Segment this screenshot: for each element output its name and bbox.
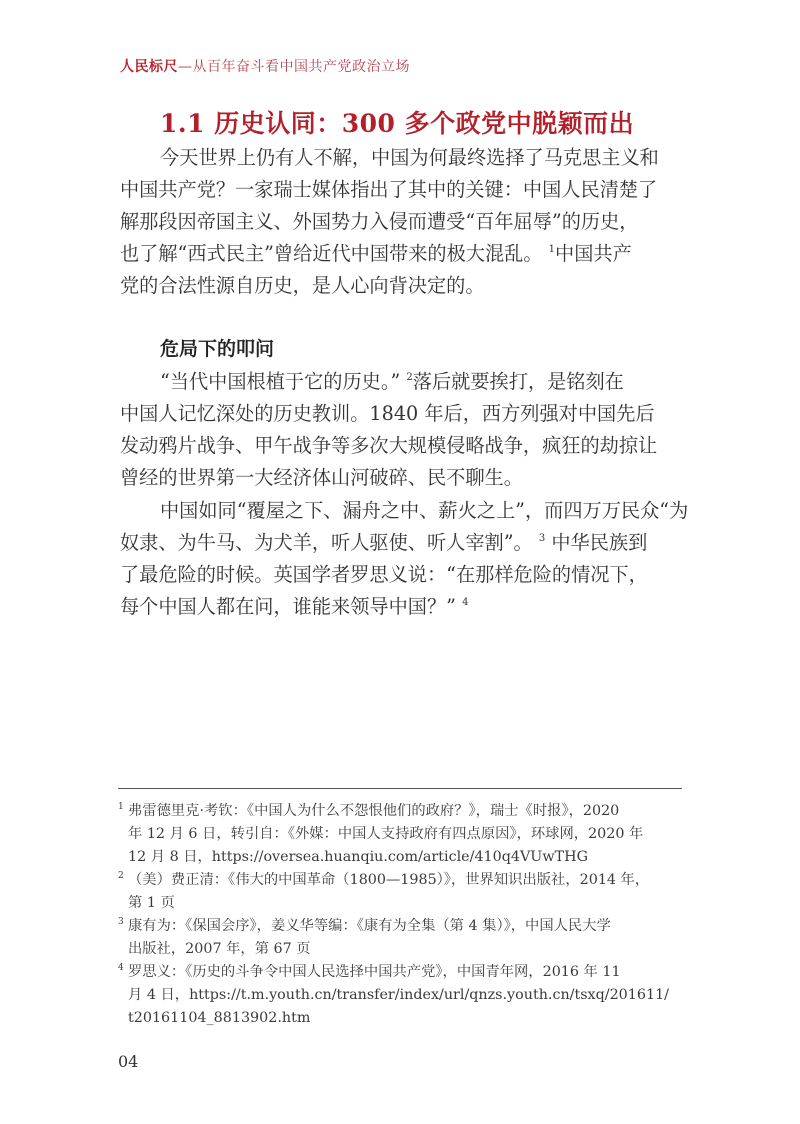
text-line: 今天世界上仍有人不解，中国为何最终选择了马克思主义和 [120, 142, 680, 174]
text-line: 发动鸦片战争、甲午战争等多次大规模侵略战争，疯狂的劫掠让 [120, 430, 680, 462]
text-line: 奴隶、为牛马、为犬羊，听人驱使、听人宰割”。 3 中华民族到 [120, 527, 680, 559]
book-subtitle: 从百年奋斗看中国共产党政治立场 [193, 59, 411, 75]
footnote-number: 4 [118, 957, 124, 980]
footnote-link[interactable]: 12 月 8 日，https://oversea.huanqiu.com/art… [128, 846, 688, 869]
footnotes: 1 弗雷德里克·考钦：《中国人为什么不怨恨他们的政府？》，瑞士《时报》，2020… [118, 800, 688, 1030]
footnote-link[interactable]: t20161104_8813902.htm [128, 1007, 688, 1030]
text-line: “当代中国根植于它的历史。” 2落后就要挨打，是铭刻在 [120, 366, 680, 398]
header-separator: — [178, 59, 193, 75]
paragraph-history-lesson: “当代中国根植于它的历史。” 2落后就要挨打，是铭刻在 中国人记忆深处的历史教训… [120, 366, 680, 494]
footnote-number: 1 [118, 796, 124, 819]
footnote-number: 2 [118, 865, 124, 888]
text-line: 每个中国人都在问，谁能来领导中国？” 4 [120, 591, 680, 623]
page-number: 04 [118, 1052, 138, 1071]
footnote-4: 4 罗思义：《历史的斗争令中国人民选择中国共产党》，中国青年网，2016 年 1… [118, 961, 688, 1030]
text-line: 曾经的世界第一大经济体山河破碎、民不聊生。 [120, 462, 680, 494]
text-line: 中国人记忆深处的历史教训。1840 年后，西方列强对中国先后 [120, 398, 680, 430]
footnote-1: 1 弗雷德里克·考钦：《中国人为什么不怨恨他们的政府？》，瑞士《时报》，2020… [118, 800, 688, 869]
footnote-ref-3[interactable]: 3 [539, 533, 545, 544]
text-line: 了最危险的时候。英国学者罗思义说：“在那样危险的情况下， [120, 559, 680, 591]
running-header: 人民标尺—从百年奋斗看中国共产党政治立场 [120, 56, 410, 76]
book-title: 人民标尺 [120, 59, 178, 75]
text-line: 也了解“西式民主”曾给近代中国带来的极大混乱。 1中国共产 [120, 238, 680, 270]
footnote-3: 3 康有为：《保国会序》，姜义华等编：《康有为全集（第 4 集）》，中国人民大学… [118, 915, 688, 961]
intro-paragraph: 今天世界上仍有人不解，中国为何最终选择了马克思主义和 中国共产党？一家瑞士媒体指… [120, 142, 680, 302]
footnote-2: 2 （美）费正清：《伟大的中国革命（1800—1985）》，世界知识出版社，20… [118, 869, 688, 915]
footnote-separator [118, 788, 682, 789]
text-line: 解那段因帝国主义、外国势力入侵而遭受“百年屈辱”的历史， [120, 206, 680, 238]
section-title: 1.1 历史认同：300 多个政党中脱颖而出 [160, 104, 634, 140]
footnote-ref-4[interactable]: 4 [462, 597, 468, 608]
text-line: 中国如同“覆屋之下、漏舟之中、薪火之上”，而四万万民众“为 [120, 495, 680, 527]
footnote-link[interactable]: 月 4 日，https://t.m.youth.cn/transfer/inde… [128, 984, 688, 1007]
paragraph-crisis: 中国如同“覆屋之下、漏舟之中、薪火之上”，而四万万民众“为 奴隶、为牛马、为犬羊… [120, 495, 680, 623]
text-line: 党的合法性源自历史，是人心向背决定的。 [120, 270, 680, 302]
footnote-number: 3 [118, 911, 124, 934]
text-line: 中国共产党？一家瑞士媒体指出了其中的关键：中国人民清楚了 [120, 174, 680, 206]
subsection-title: 危局下的叩问 [160, 334, 274, 361]
